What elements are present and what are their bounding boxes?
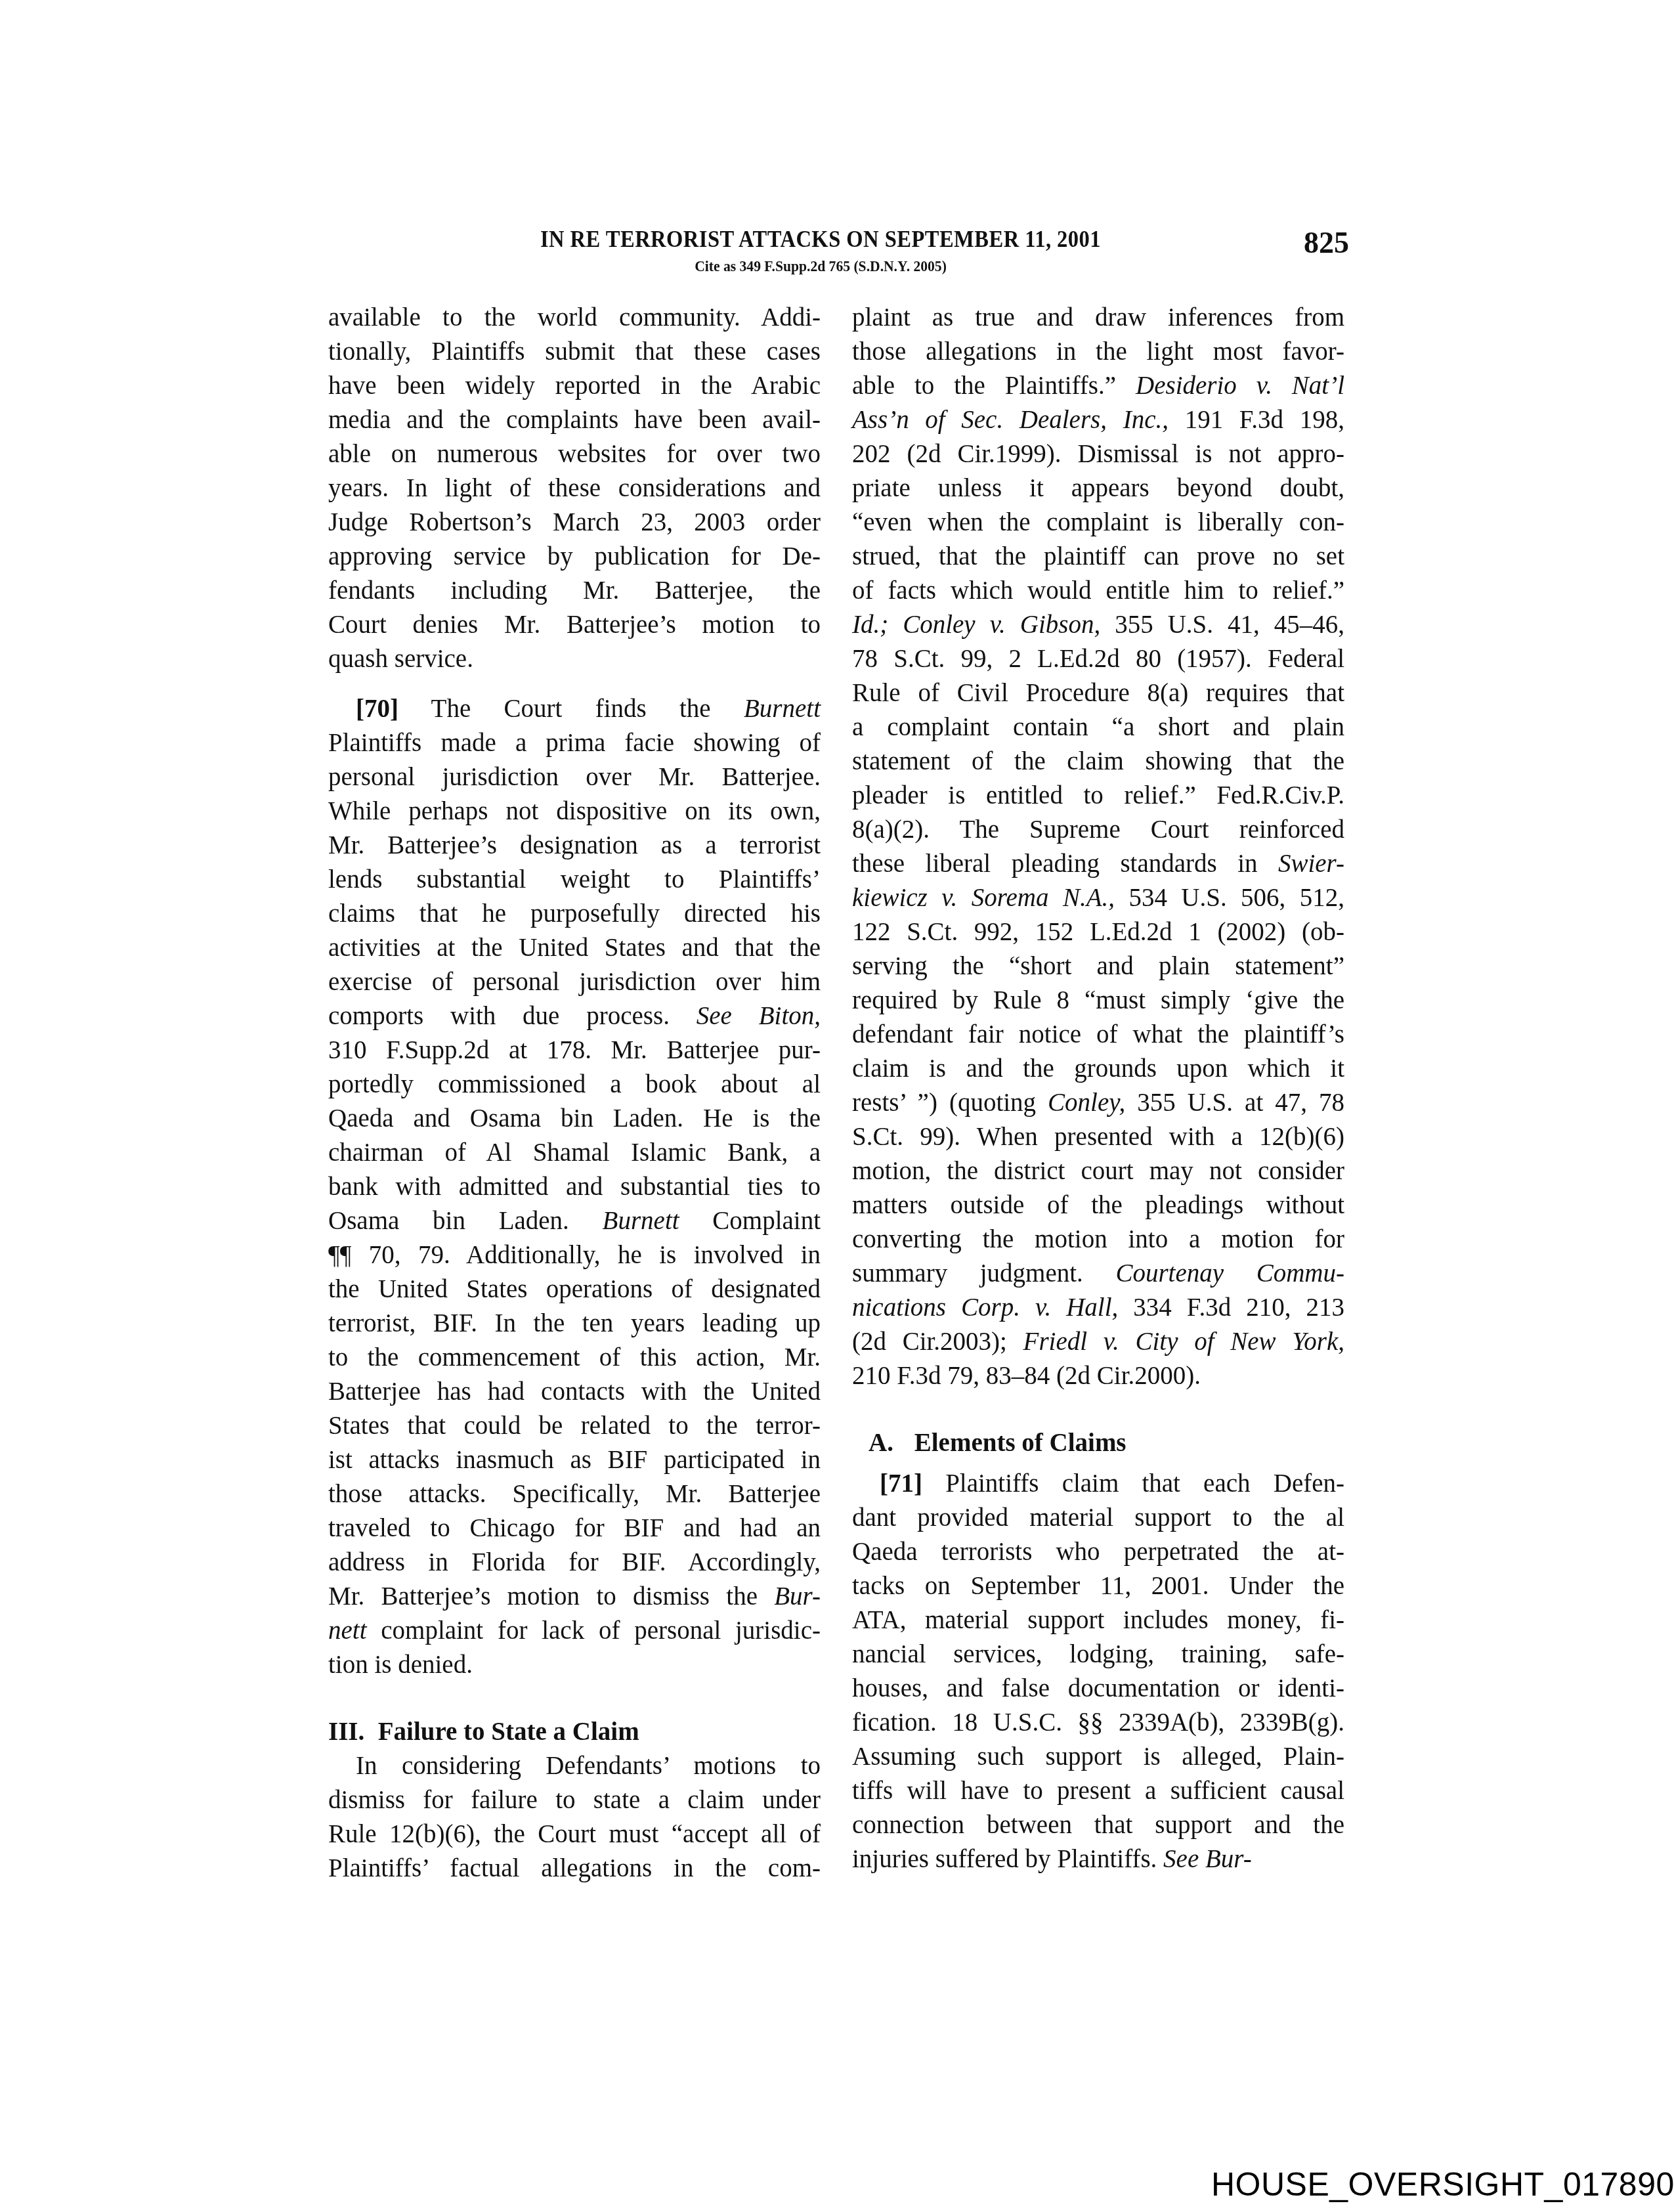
text-run: those attacks. Specifically, Mr. Batterj… — [328, 1480, 821, 1508]
text-line: able to the Plaintiffs.” Desiderio v. Na… — [852, 369, 1344, 403]
subsection-number: A. — [869, 1426, 908, 1460]
text-line: motion, the district court may not consi… — [852, 1154, 1344, 1188]
text-line: Batterjee has had contacts with the Unit… — [328, 1375, 821, 1409]
text-line: tionally, Plaintiffs submit that these c… — [328, 335, 821, 369]
text-line: tiffs will have to present a sufficient … — [852, 1774, 1344, 1808]
text-run: Qaeda terrorists who perpetrated the at- — [852, 1538, 1344, 1566]
text-line: address in Florida for BIF. Accordingly, — [328, 1546, 821, 1580]
text-line: portedly commissioned a book about al — [328, 1068, 821, 1102]
text-line: claims that he purposefully directed his — [328, 897, 821, 931]
text-line: media and the complaints have been avail… — [328, 403, 821, 437]
text-line: years. In light of these considerations … — [328, 471, 821, 506]
italic-citation: Burnett — [744, 695, 821, 723]
text-line: strued, that the plaintiff can prove no … — [852, 540, 1344, 574]
paragraph-standard-of-review: plaint as true and draw inferences fromt… — [852, 301, 1344, 1393]
text-line: the United States operations of designat… — [328, 1272, 821, 1307]
text-line: Mr. Batterjee’s motion to dismiss the Bu… — [328, 1580, 821, 1614]
text-run: ¶¶ 70, 79. Additionally, he is involved … — [328, 1241, 821, 1269]
text-line: fication. 18 U.S.C. §§ 2339A(b), 2339B(g… — [852, 1706, 1344, 1740]
text-line: terrorist, BIF. In the ten years leading… — [328, 1307, 821, 1341]
text-run: Osama bin Laden. — [328, 1207, 603, 1235]
italic-citation: nications Corp. v. Hall, — [852, 1293, 1118, 1322]
text-run: Plaintiffs made a prima facie showing of — [328, 729, 821, 757]
heading-gap — [852, 1460, 1344, 1467]
text-line: While perhaps not dispositive on its own… — [328, 794, 821, 829]
text-run: 534 U.S. 506, 512, — [1115, 884, 1344, 912]
text-line: exercise of personal jurisdiction over h… — [328, 965, 821, 999]
text-run: connection between that support and the — [852, 1811, 1344, 1839]
italic-citation: Desiderio v. Nat’l — [1136, 372, 1344, 400]
text-line: personal jurisdiction over Mr. Batterjee… — [328, 760, 821, 794]
text-run: matters outside of the pleadings without — [852, 1191, 1344, 1219]
italic-citation: Swier- — [1278, 850, 1344, 878]
text-line: connection between that support and the — [852, 1808, 1344, 1842]
text-run: summary judgment. — [852, 1259, 1115, 1288]
text-run: converting the motion into a motion for — [852, 1225, 1344, 1253]
text-run: bank with admitted and substantial ties … — [328, 1173, 821, 1201]
text-run: Batterjee has had contacts with the Unit… — [328, 1377, 821, 1406]
text-line: 310 F.Supp.2d at 178. Mr. Batterjee pur- — [328, 1033, 821, 1068]
text-line: to the commencement of this action, Mr. — [328, 1341, 821, 1375]
text-run: those allegations in the light most favo… — [852, 337, 1344, 366]
text-line: Rule 12(b)(6), the Court must “accept al… — [328, 1817, 821, 1852]
text-line: “even when the complaint is liberally co… — [852, 506, 1344, 540]
text-line: a complaint contain “a short and plain — [852, 710, 1344, 745]
text-run: Qaeda and Osama bin Laden. He is the — [328, 1104, 821, 1133]
text-line: pleader is entitled to relief.” Fed.R.Ci… — [852, 779, 1344, 813]
text-run: able to the Plaintiffs.” — [852, 372, 1136, 400]
text-line: nancial services, lodging, training, saf… — [852, 1637, 1344, 1672]
text-line: [71] Plaintiffs claim that each Defen- — [852, 1467, 1344, 1501]
text-run: 334 F.3d 210, 213 — [1118, 1293, 1344, 1322]
text-line: Plaintiffs made a prima facie showing of — [328, 726, 821, 760]
text-line: nett complaint for lack of personal juri… — [328, 1614, 821, 1648]
text-line: those attacks. Specifically, Mr. Batterj… — [328, 1477, 821, 1511]
headnote-number: [71] — [880, 1469, 922, 1498]
text-line: Court denies Mr. Batterjee’s motion to — [328, 608, 821, 642]
text-run: of facts which would entitle him to reli… — [852, 576, 1344, 605]
text-line: Id.; Conley v. Gibson, 355 U.S. 41, 45–4… — [852, 608, 1344, 642]
text-run: to the commencement of this action, Mr. — [328, 1343, 821, 1372]
text-line: Plaintiffs’ factual allegations in the c… — [328, 1852, 821, 1886]
text-run: houses, and false documentation or ident… — [852, 1674, 1344, 1702]
text-run: tiffs will have to present a sufficient … — [852, 1777, 1344, 1805]
document-page: IN RE TERRORIST ATTACKS ON SEPTEMBER 11,… — [0, 0, 1674, 2212]
text-run: lends substantial weight to Plaintiffs’ — [328, 865, 821, 894]
italic-citation: Id.; Conley v. Gibson, — [852, 611, 1100, 639]
bates-stamp: HOUSE_OVERSIGHT_017890 — [1211, 2165, 1674, 2203]
text-run: claim is and the grounds upon which it — [852, 1054, 1344, 1083]
text-run: serving the “short and plain statement” — [852, 952, 1344, 980]
text-run: Plaintiffs claim that each Defen- — [922, 1469, 1344, 1498]
text-line: Rule of Civil Procedure 8(a) requires th… — [852, 676, 1344, 710]
italic-citation: Bur- — [774, 1582, 821, 1611]
text-line: States that could be related to the terr… — [328, 1409, 821, 1443]
text-run: chairman of Al Shamal Islamic Bank, a — [328, 1139, 821, 1167]
text-line: nications Corp. v. Hall, 334 F.3d 210, 2… — [852, 1291, 1344, 1325]
paragraph-gap — [328, 676, 821, 692]
text-line: available to the world community. Addi- — [328, 301, 821, 335]
text-line: In considering Defendants’ motions to — [328, 1749, 821, 1783]
text-line: dant provided material support to the al — [852, 1501, 1344, 1535]
section-heading: III. Failure to State a Claim — [328, 1715, 821, 1749]
text-run: rests’ ”) (quoting — [852, 1089, 1048, 1117]
text-line: converting the motion into a motion for — [852, 1223, 1344, 1257]
text-run: fication. 18 U.S.C. §§ 2339A(b), 2339B(g… — [852, 1708, 1344, 1737]
text-run: terrorist, BIF. In the ten years leading… — [328, 1309, 821, 1337]
text-line: 202 (2d Cir.1999). Dismissal is not appr… — [852, 437, 1344, 471]
text-line: ist attacks inasmuch as BIF participated… — [328, 1443, 821, 1477]
text-line: tion is denied. — [328, 1648, 821, 1682]
text-run: 355 U.S. 41, 45–46, — [1100, 611, 1344, 639]
text-run: strued, that the plaintiff can prove no … — [852, 542, 1344, 571]
text-run: personal jurisdiction over Mr. Batterjee… — [328, 763, 821, 791]
section-gap — [852, 1393, 1344, 1426]
text-line: plaint as true and draw inferences from — [852, 301, 1344, 335]
italic-citation: Ass’n of Sec. Dealers, Inc., — [852, 406, 1169, 434]
italic-citation: Courtenay Commu- — [1115, 1259, 1344, 1288]
text-run: “even when the complaint is liberally co… — [852, 508, 1344, 536]
text-line: Mr. Batterjee’s designation as a terrori… — [328, 829, 821, 863]
text-run: claims that he purposefully directed his — [328, 900, 821, 928]
running-title: IN RE TERRORIST ATTACKS ON SEPTEMBER 11,… — [485, 227, 1157, 253]
citation-line: Cite as 349 F.Supp.2d 765 (S.D.N.Y. 2005… — [496, 258, 1146, 276]
text-run: dant provided material support to the al — [852, 1504, 1344, 1532]
text-run: activities at the United States and that… — [328, 934, 821, 962]
text-run: complaint for lack of personal jurisdic- — [366, 1616, 821, 1645]
text-line: dismiss for failure to state a claim und… — [328, 1783, 821, 1817]
italic-citation: Friedl v. City of New York, — [1023, 1328, 1344, 1356]
text-run: Rule of Civil Procedure 8(a) requires th… — [852, 679, 1344, 707]
text-line: comports with due process. See Biton, — [328, 999, 821, 1033]
text-run: States that could be related to the terr… — [328, 1412, 821, 1440]
text-line: tacks on September 11, 2001. Under the — [852, 1569, 1344, 1603]
text-run: Assuming such support is alleged, Plain- — [852, 1743, 1344, 1771]
section-number: III. — [328, 1715, 372, 1749]
text-line: [70] The Court finds the Burnett — [328, 692, 821, 726]
text-run: While perhaps not dispositive on its own… — [328, 797, 821, 825]
text-run: address in Florida for BIF. Accordingly, — [328, 1548, 821, 1576]
text-run: defendant fair notice of what the plaint… — [852, 1020, 1344, 1049]
text-line: rests’ ”) (quoting Conley, 355 U.S. at 4… — [852, 1086, 1344, 1120]
text-run: 310 F.Supp.2d at 178. Mr. Batterjee pur- — [328, 1036, 821, 1064]
text-run: 210 F.3d 79, 83–84 (2d Cir.2000). — [852, 1362, 1201, 1390]
text-line: these liberal pleading standards in Swie… — [852, 847, 1344, 881]
text-line: quash service. — [328, 642, 821, 676]
text-line: ¶¶ 70, 79. Additionally, he is involved … — [328, 1238, 821, 1272]
text-line: Judge Robertson’s March 23, 2003 order — [328, 506, 821, 540]
text-run: 191 F.3d 198, — [1169, 406, 1344, 434]
text-line: have been widely reported in the Arabic — [328, 369, 821, 403]
subsection-heading: A. Elements of Claims — [852, 1426, 1344, 1460]
text-line: those allegations in the light most favo… — [852, 335, 1344, 369]
italic-citation: Conley, — [1048, 1089, 1125, 1117]
text-line: summary judgment. Courtenay Commu- — [852, 1257, 1344, 1291]
right-column: plaint as true and draw inferences fromt… — [852, 301, 1344, 1876]
headnote-number: [70] — [356, 695, 398, 723]
italic-citation: See Bur- — [1163, 1845, 1252, 1873]
text-run: S.Ct. 99). When presented with a 12(b)(6… — [852, 1123, 1344, 1151]
text-line: able on numerous websites for over two — [328, 437, 821, 471]
text-line: Qaeda terrorists who perpetrated the at- — [852, 1535, 1344, 1569]
text-run: comports with due process. — [328, 1002, 697, 1030]
text-line: (2d Cir.2003); Friedl v. City of New Yor… — [852, 1325, 1344, 1359]
italic-citation: nett — [328, 1616, 366, 1645]
text-line: Assuming such support is alleged, Plain- — [852, 1740, 1344, 1774]
paragraph-service: available to the world community. Addi- … — [328, 301, 821, 676]
text-line: Ass’n of Sec. Dealers, Inc., 191 F.3d 19… — [852, 403, 1344, 437]
text-line: fendants including Mr. Batterjee, the — [328, 574, 821, 608]
text-line: ATA, material support includes money, fi… — [852, 1603, 1344, 1637]
text-line: 210 F.3d 79, 83–84 (2d Cir.2000). — [852, 1359, 1344, 1393]
section-title: Failure to State a Claim — [378, 1718, 639, 1746]
text-line: Qaeda and Osama bin Laden. He is the — [328, 1102, 821, 1136]
text-line: 8(a)(2). The Supreme Court reinforced — [852, 813, 1344, 847]
paragraph-headnote-71: [71] Plaintiffs claim that each Defen-da… — [852, 1467, 1344, 1876]
text-run: exercise of personal jurisdiction over h… — [328, 968, 821, 996]
text-run: The Court finds the — [398, 695, 744, 723]
text-run: Mr. Batterjee’s motion to dismiss the — [328, 1582, 774, 1611]
section-gap — [328, 1682, 821, 1715]
text-run: 122 S.Ct. 992, 152 L.Ed.2d 1 (2002) (ob- — [852, 918, 1344, 946]
left-column: available to the world community. Addi- … — [328, 301, 821, 1886]
paragraph-headnote-70: [70] The Court finds the BurnettPlaintif… — [328, 692, 821, 1682]
text-run: these liberal pleading standards in — [852, 850, 1278, 878]
italic-citation: Burnett — [603, 1207, 679, 1235]
text-run: nancial services, lodging, training, saf… — [852, 1640, 1344, 1668]
text-line: bank with admitted and substantial ties … — [328, 1170, 821, 1204]
text-run: 8(a)(2). The Supreme Court reinforced — [852, 815, 1344, 844]
page-number: 825 — [1290, 225, 1349, 260]
text-line: S.Ct. 99). When presented with a 12(b)(6… — [852, 1120, 1344, 1154]
text-run: (2d Cir.2003); — [852, 1328, 1023, 1356]
text-line: chairman of Al Shamal Islamic Bank, a — [328, 1136, 821, 1170]
text-run: ist attacks inasmuch as BIF participated… — [328, 1446, 821, 1474]
text-line: injuries suffered by Plaintiffs. See Bur… — [852, 1842, 1344, 1876]
italic-citation: kiewicz v. Sorema N.A., — [852, 884, 1115, 912]
text-run: plaint as true and draw inferences from — [852, 303, 1344, 332]
text-run: portedly commissioned a book about al — [328, 1070, 821, 1098]
text-run: statement of the claim showing that the — [852, 747, 1344, 775]
text-line: defendant fair notice of what the plaint… — [852, 1018, 1344, 1052]
text-run: tion is denied. — [328, 1651, 473, 1679]
text-run: priate unless it appears beyond doubt, — [852, 474, 1344, 502]
text-run: Complaint — [679, 1207, 821, 1235]
text-line: traveled to Chicago for BIF and had an — [328, 1511, 821, 1546]
text-line: Osama bin Laden. Burnett Complaint — [328, 1204, 821, 1238]
italic-citation: See Biton, — [697, 1002, 821, 1030]
text-line: activities at the United States and that… — [328, 931, 821, 965]
text-line: claim is and the grounds upon which it — [852, 1052, 1344, 1086]
text-run: injuries suffered by Plaintiffs. — [852, 1845, 1163, 1873]
text-run: 202 (2d Cir.1999). Dismissal is not appr… — [852, 440, 1344, 468]
text-line: of facts which would entitle him to reli… — [852, 574, 1344, 608]
text-line: statement of the claim showing that the — [852, 745, 1344, 779]
text-line: 122 S.Ct. 992, 152 L.Ed.2d 1 (2002) (ob- — [852, 915, 1344, 949]
text-run: a complaint contain “a short and plain — [852, 713, 1344, 741]
text-run: pleader is entitled to relief.” Fed.R.Ci… — [852, 781, 1344, 810]
text-line: houses, and false documentation or ident… — [852, 1672, 1344, 1706]
text-line: kiewicz v. Sorema N.A., 534 U.S. 506, 51… — [852, 881, 1344, 915]
text-line: 78 S.Ct. 99, 2 L.Ed.2d 80 (1957). Federa… — [852, 642, 1344, 676]
text-run: ATA, material support includes money, fi… — [852, 1606, 1344, 1634]
paragraph-failure-to-state: In considering Defendants’ motions to di… — [328, 1749, 821, 1886]
subsection-title: Elements of Claims — [914, 1429, 1127, 1457]
text-run: required by Rule 8 “must simply ‘give th… — [852, 986, 1344, 1014]
text-run: tacks on September 11, 2001. Under the — [852, 1572, 1344, 1600]
text-line: serving the “short and plain statement” — [852, 949, 1344, 984]
text-run: 355 U.S. at 47, 78 — [1125, 1089, 1344, 1117]
text-line: lends substantial weight to Plaintiffs’ — [328, 863, 821, 897]
text-run: the United States operations of designat… — [328, 1275, 821, 1303]
text-line: matters outside of the pleadings without — [852, 1188, 1344, 1223]
text-line: approving service by publication for De- — [328, 540, 821, 574]
text-run: traveled to Chicago for BIF and had an — [328, 1514, 821, 1542]
text-line: priate unless it appears beyond doubt, — [852, 471, 1344, 506]
text-run: 78 S.Ct. 99, 2 L.Ed.2d 80 (1957). Federa… — [852, 645, 1344, 673]
text-line: required by Rule 8 “must simply ‘give th… — [852, 984, 1344, 1018]
text-run: motion, the district court may not consi… — [852, 1157, 1344, 1185]
text-run: Mr. Batterjee’s designation as a terrori… — [328, 831, 821, 859]
